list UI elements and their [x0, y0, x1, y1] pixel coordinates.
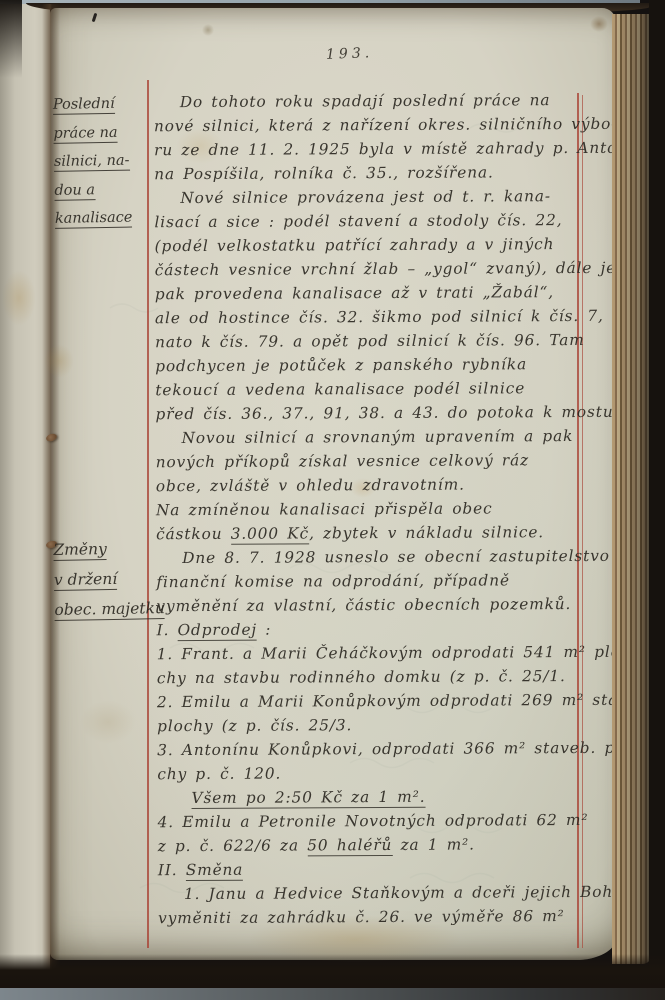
handwritten-line: 4. Emilu a Petronile Novotných odprodati…	[158, 811, 614, 837]
book-fore-edge-pages	[612, 14, 652, 964]
handwritten-line: částkou 3.000 Kč, zbytek v nákladu silni…	[156, 523, 612, 549]
handwritten-line: chy na stavbu rodinného domku (z p. č. 2…	[157, 667, 613, 693]
top-left-shadow	[0, 0, 22, 78]
handwritten-line: II. Směna	[158, 859, 614, 885]
photo-right-background	[649, 0, 665, 1000]
photo-of-chronicle-page: { "page": { "number": "193.", "margin_no…	[0, 0, 665, 1000]
page-number: 193.	[326, 45, 374, 63]
handwritten-line: 1. Frant. a Marii Čeháčkovým odprodati 5…	[157, 643, 613, 669]
handwritten-line: 1. Janu a Hedvice Staňkovým a dceři jeji…	[158, 883, 614, 909]
handwritten-line: ale od hostince čís. 32. šikmo pod silni…	[155, 307, 611, 333]
handwritten-line: částech vesnice vrchní žlab – „ygol“ zva…	[155, 259, 611, 285]
body-text: Do tohoto roku spadají poslední práce na…	[154, 91, 614, 933]
handwritten-line: obce, zvláště v ohledu zdravotním.	[156, 475, 612, 501]
handwritten-line: Na zmíněnou kanalisaci přispěla obec	[156, 499, 612, 525]
handwritten-line: před čís. 36., 37., 91, 38. a 43. do pot…	[155, 403, 611, 429]
handwritten-line: (podél velkostatku patřící zahrady a v j…	[155, 235, 611, 261]
margin-note-line: Poslední	[53, 95, 157, 125]
margin-note-line: dou a	[54, 181, 158, 211]
margin-note-line: kanalisace	[55, 209, 159, 239]
handwritten-line: Novou silnicí a srovnaným upravením a pa…	[156, 427, 612, 453]
handwritten-line: Všem po 2:50 Kč za 1 m².	[157, 787, 613, 813]
margin-note-line: v držení	[54, 569, 167, 601]
handwritten-line: I. Odprodej :	[157, 619, 613, 645]
margin-note-line: silnici, na-	[54, 152, 158, 182]
handwritten-line: lisací a sice : podél stavení a stodoly …	[154, 211, 610, 237]
handwritten-line: ru ze dne 11. 2. 1925 byla v místě zahra…	[154, 139, 610, 165]
margin-note-property-changes: Změnyv drženíobec. majetku	[53, 539, 167, 631]
handwritten-line: nové silnici, která z nařízení okres. si…	[154, 115, 610, 141]
handwritten-line: tekoucí a vedena kanalisace podél silnic…	[155, 379, 611, 405]
handwritten-line: vyměnění za vlastní, částic obecních poz…	[156, 595, 612, 621]
handwritten-line: na Pospíšila, rolníka č. 35., rozšířena.	[154, 163, 610, 189]
handwritten-line: nato k čís. 79. a opět pod silnicí k čís…	[155, 331, 611, 357]
handwritten-line: 3. Antonínu Konůpkovi, odprodati 366 m² …	[157, 739, 613, 765]
handwritten-line: chy p. č. 120.	[157, 763, 613, 789]
handwritten-line: podchycen je potůček z panského rybníka	[155, 355, 611, 381]
handwritten-line: plochy (z p. čís. 25/3.	[157, 715, 613, 741]
margin-note-line: obec. majetku	[54, 599, 167, 631]
margin-note-line: práce na	[53, 124, 157, 154]
handwritten-line: nových příkopů získal vesnice celkový rá…	[156, 451, 612, 477]
margin-note-road-works: Poslednípráce nasilnici, na-dou akanalis…	[53, 95, 159, 240]
handwritten-line: 2. Emilu a Marii Konůpkovým odprodati 26…	[157, 691, 613, 717]
handwritten-line: pak provedena kanalisace až v trati „Žab…	[155, 283, 611, 309]
table-surface	[0, 988, 665, 1000]
handwritten-line: Dne 8. 7. 1928 usneslo se obecní zastupi…	[156, 547, 612, 573]
handwritten-line: z p. č. 622/6 za 50 haléřů za 1 m².	[158, 835, 614, 861]
margin-note-line: Změny	[53, 539, 166, 571]
handwritten-line: finanční komise na odprodání, případně	[156, 571, 612, 597]
handwritten-line: vyměniti za zahrádku č. 26. ve výměře 86…	[158, 907, 614, 933]
handwritten-line: Nové silnice provázena jest od t. r. kan…	[154, 187, 610, 213]
handwritten-line: Do tohoto roku spadají poslední práce na	[154, 91, 610, 117]
